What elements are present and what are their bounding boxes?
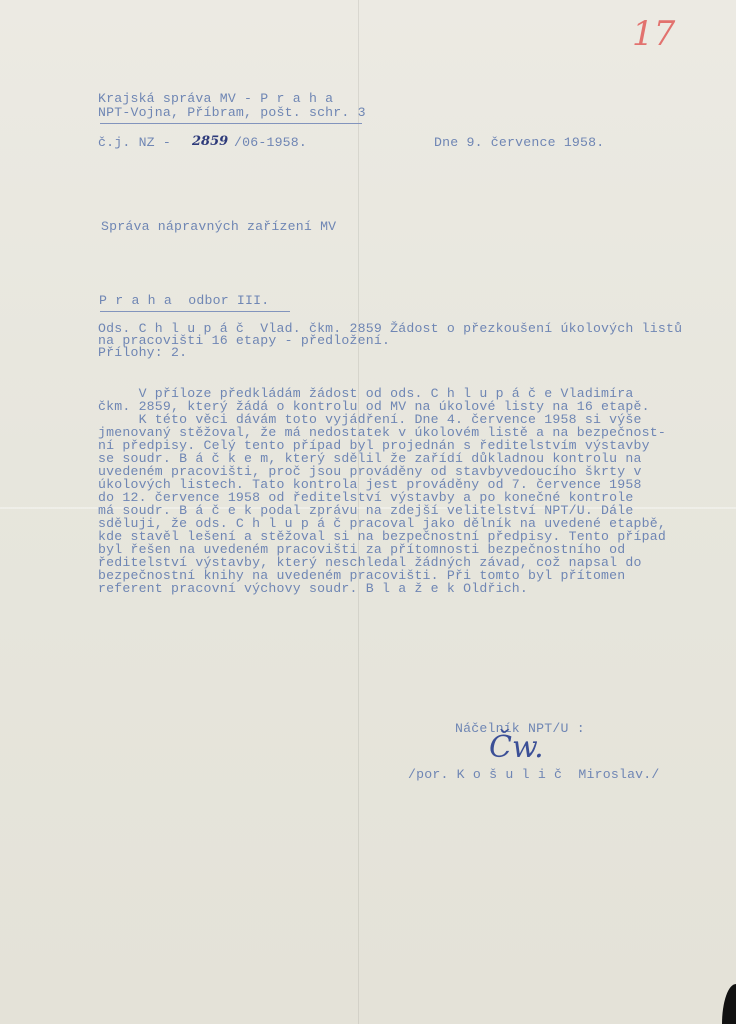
attachments: Přílohy: 2. xyxy=(98,346,187,359)
recipient-underline xyxy=(100,311,290,312)
recipient-line-2: P r a h a odbor III. xyxy=(99,294,269,307)
handwritten-page-number: 17 xyxy=(632,14,675,54)
reference-suffix: /06-1958. xyxy=(234,136,307,149)
sender-line-2: NPT-Vojna, Příbram, pošt. schr. 3 xyxy=(98,106,366,119)
document-date: Dne 9. července 1958. xyxy=(434,136,604,149)
reference-prefix: č.j. NZ - xyxy=(98,136,171,149)
reference-number-handwritten: 2859 xyxy=(192,134,228,149)
handwritten-signature: Čw. xyxy=(489,730,544,765)
sender-line-1: Krajská správa MV - P r a h a xyxy=(98,92,333,105)
signatory-name: /por. K o š u l i č Miroslav./ xyxy=(408,768,660,781)
body-line: referent pracovní výchovy soudr. B l a ž… xyxy=(98,582,528,595)
sender-underline xyxy=(100,123,362,124)
recipient-line-1: Správa nápravných zařízení MV xyxy=(101,220,336,233)
